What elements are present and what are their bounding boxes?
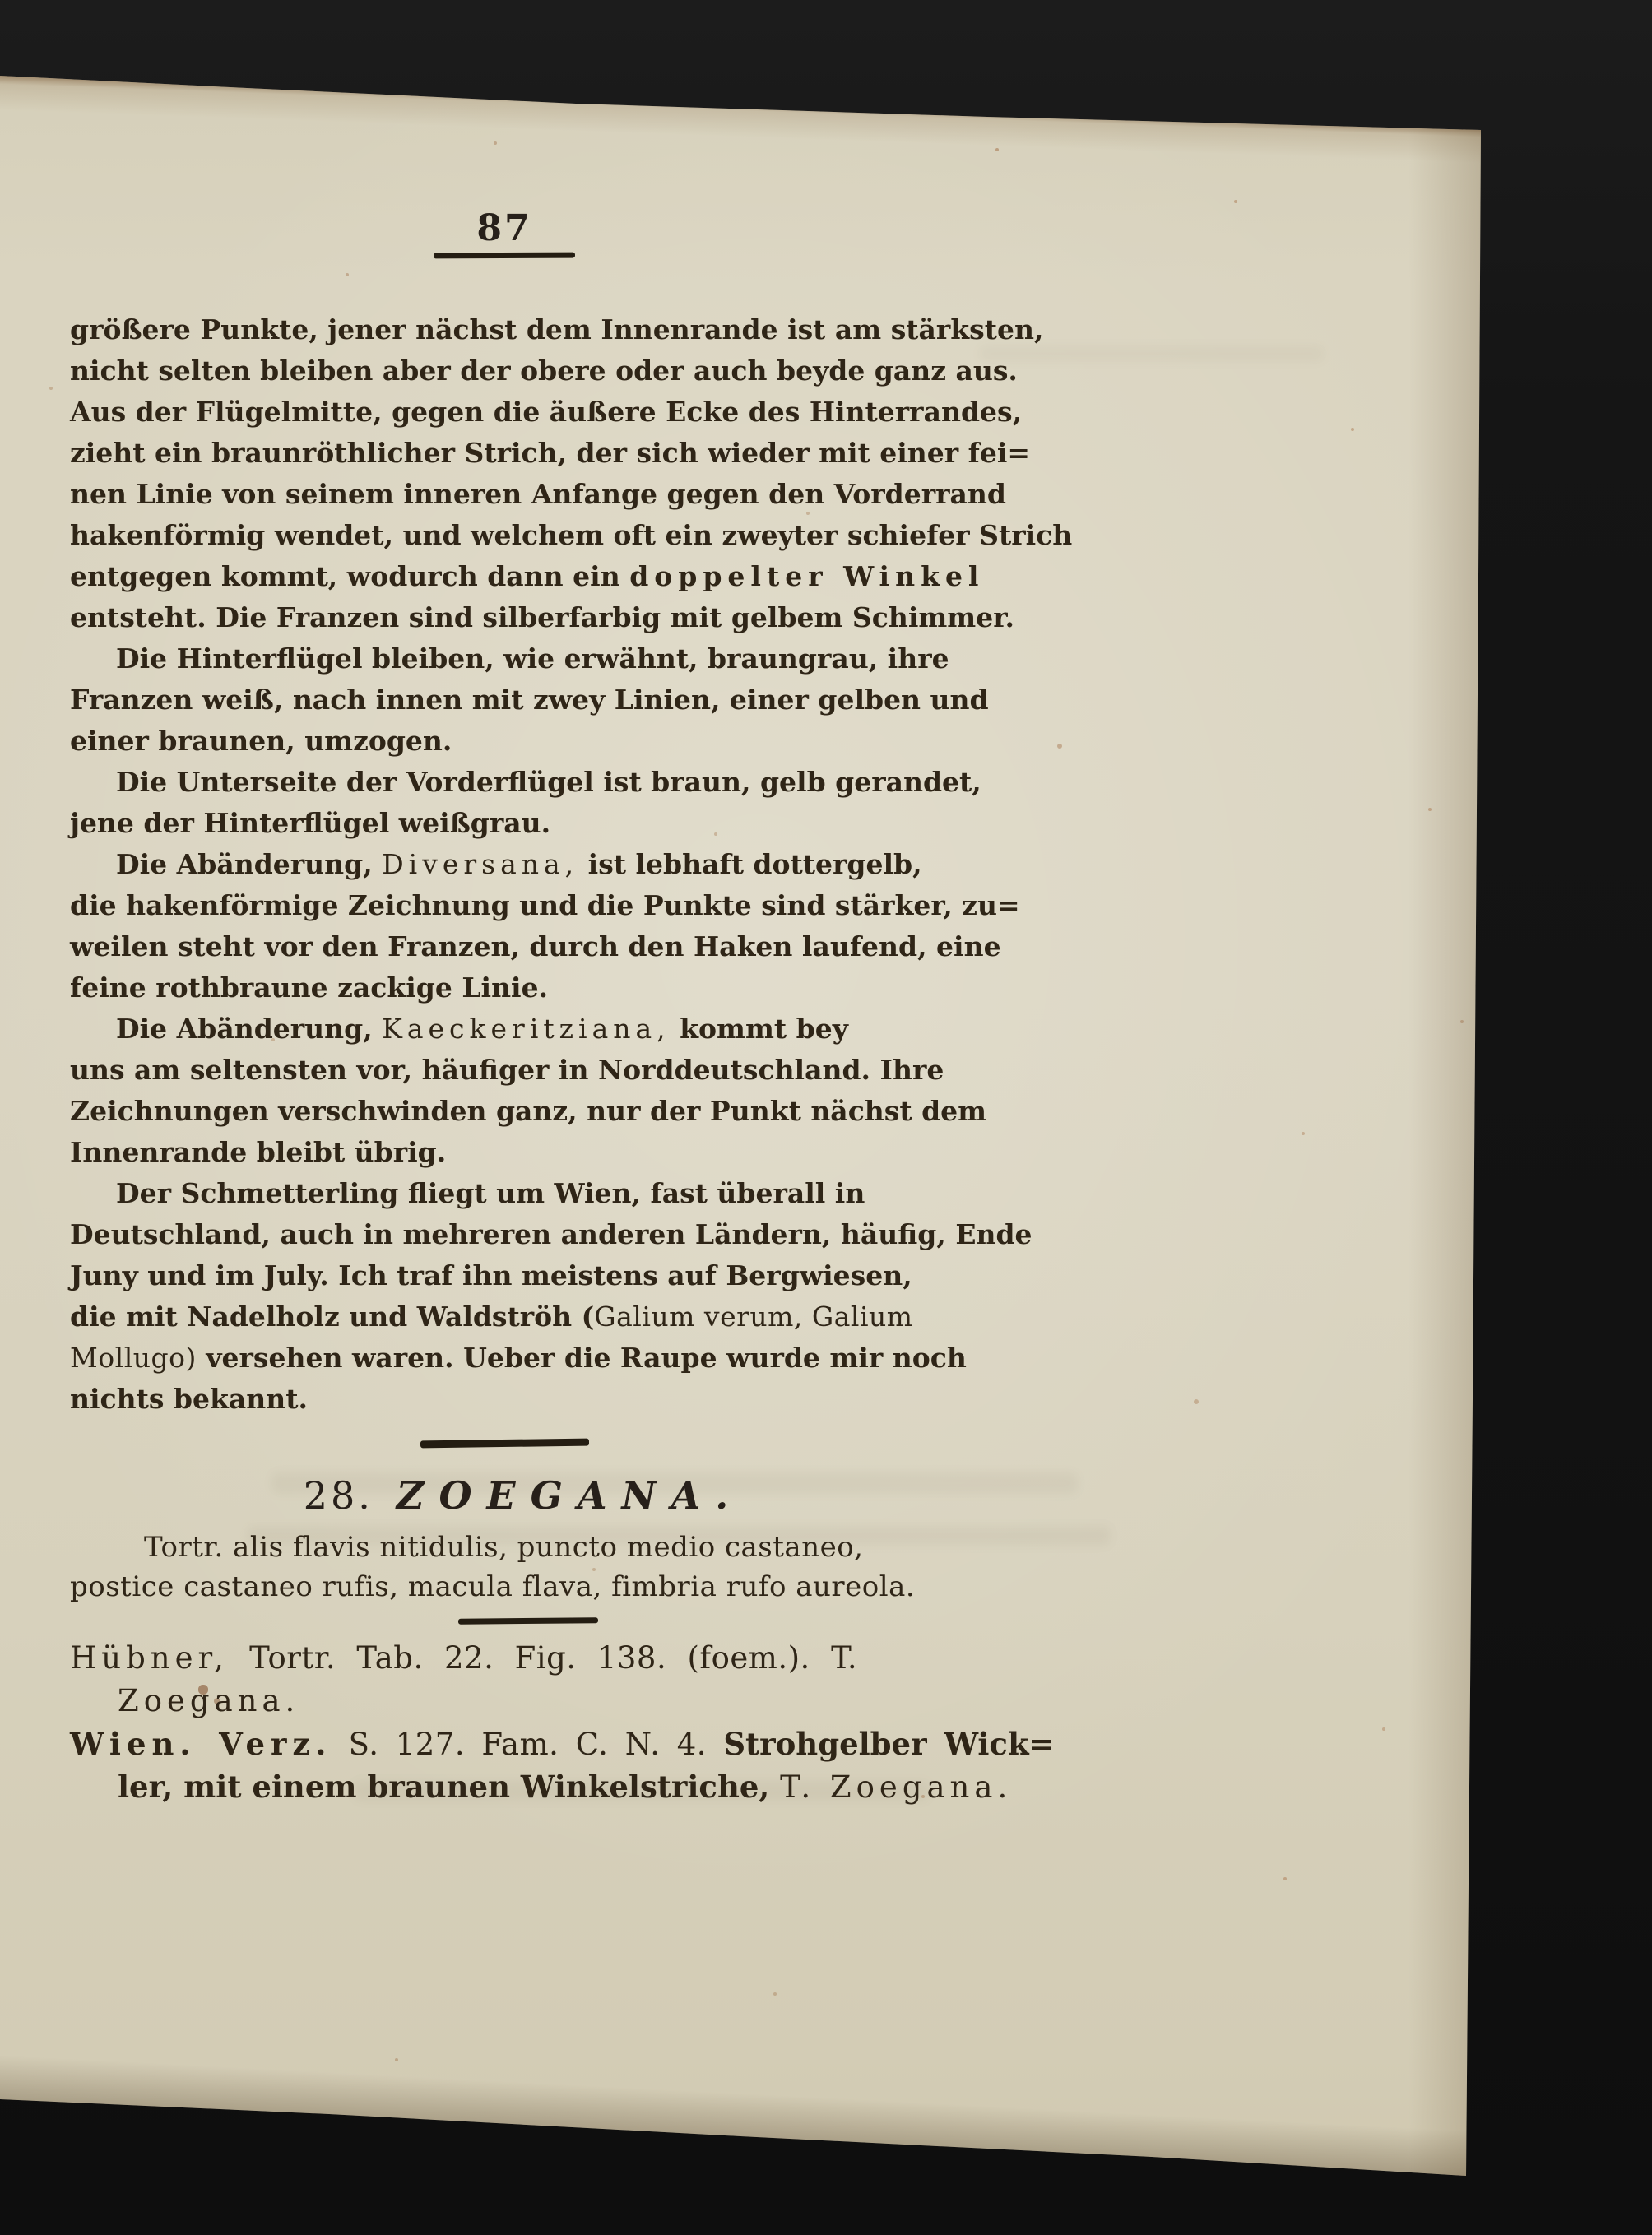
text-segment: Deutschland, auch in mehreren anderen Lä… (70, 1218, 1032, 1250)
text-line: ler, mit einem braunen Winkelstriche, T.… (70, 1765, 939, 1808)
text-line: Juny und im July. Ich traf ihn meistens … (70, 1255, 939, 1296)
text-segment: kommt bey (671, 1013, 848, 1045)
text-line: entgegen kommt, wodurch dann ein doppelt… (70, 556, 939, 597)
text-segment: Die Abänderung, (116, 1013, 382, 1045)
text-line: Die Unterseite der Vorderflügel ist brau… (70, 762, 939, 803)
text-line: Aus der Flügelmitte, gegen die äußere Ec… (70, 392, 939, 433)
text-line: Der Schmetterling fliegt um Wien, fast ü… (70, 1173, 939, 1214)
page-right-edge-shadow (1408, 123, 1483, 2180)
species-heading: 28.ZOEGANA. (70, 1470, 939, 1521)
text-line: nen Linie von seinem inneren Anfange geg… (70, 474, 939, 515)
text-segment: Aus der Flügelmitte, gegen die äußere Ec… (70, 396, 1022, 428)
text-segment: hakenförmig wendet, und welchem oft ein … (70, 519, 1072, 551)
text-line: Hübner, Tortr. Tab. 22. Fig. 138. (foem.… (70, 1637, 939, 1680)
text-segment: postice castaneo rufis, macula flava, fi… (70, 1570, 915, 1603)
text-line: jene der Hinterflügel weißgrau. (70, 803, 939, 844)
text-line: hakenförmig wendet, und welchem oft ein … (70, 515, 939, 556)
references: Hübner, Tortr. Tab. 22. Fig. 138. (foem.… (70, 1637, 939, 1808)
text-segment: Galium verum, Galium (594, 1301, 912, 1333)
text-segment: doppelter Winkel (629, 560, 984, 592)
photo-backdrop: 87 größere Punkte, jener nächst dem Inne… (0, 0, 1652, 2235)
text-segment: nicht selten bleiben aber der obere oder… (70, 355, 1018, 387)
text-line: Mollugo) versehen waren. Ueber die Raupe… (70, 1338, 939, 1379)
text-segment: Die Unterseite der Vorderflügel ist brau… (116, 766, 981, 798)
text-segment: versehen waren. Ueber die Raupe wurde mi… (197, 1342, 967, 1374)
text-segment: jene der Hinterflügel weißgrau. (70, 807, 550, 839)
text-segment: Die Hinterflügel bleiben, wie erwähnt, b… (116, 642, 949, 675)
text-line: nichts bekannt. (70, 1379, 939, 1420)
text-line: weilen steht vor den Franzen, durch den … (70, 926, 939, 967)
text-line: einer braunen, umzogen. (70, 721, 939, 762)
text-segment: weilen steht vor den Franzen, durch den … (70, 930, 1001, 962)
text-segment: Innenrande bleibt übrig. (70, 1136, 446, 1168)
text-segment: Zeichnungen verschwinden ganz, nur der P… (70, 1095, 986, 1127)
text-line: Die Abänderung, Kaeckeritziana, kommt be… (70, 1009, 939, 1050)
text-segment: entgegen kommt, wodurch dann ein (70, 560, 629, 592)
text-line: postice castaneo rufis, macula flava, fi… (70, 1567, 939, 1607)
text-segment: nen Linie von seinem inneren Anfange geg… (70, 478, 1006, 510)
text-segment: Juny und im July. Ich traf ihn meistens … (70, 1259, 912, 1291)
text-segment: Zoegana. (118, 1683, 299, 1718)
text-line: Die Hinterflügel bleiben, wie erwähnt, b… (70, 638, 939, 679)
text-line: Deutschland, auch in mehreren anderen Lä… (70, 1214, 939, 1255)
text-line: Zeichnungen verschwinden ganz, nur der P… (70, 1091, 939, 1132)
text-line: die hakenförmige Zeichnung und die Punkt… (70, 885, 939, 926)
species-name: ZOEGANA. (397, 1473, 743, 1518)
text-line: Zoegana. (70, 1680, 939, 1723)
text-segment: die hakenförmige Zeichnung und die Punkt… (70, 889, 1020, 921)
text-segment: Die Abänderung, (116, 848, 382, 880)
text-segment: Tortr. alis flavis nitidulis, puncto med… (144, 1531, 864, 1564)
text-segment: T. Zoegana. (780, 1769, 1012, 1805)
text-segment: uns am seltensten vor, häufiger in Nordd… (70, 1054, 944, 1086)
text-segment: Der Schmetterling fliegt um Wien, fast ü… (116, 1177, 865, 1209)
text-segment: Wien. Verz. (70, 1726, 332, 1762)
text-segment: Kaeckeritziana, (382, 1013, 671, 1045)
text-segment: einer braunen, umzogen. (70, 725, 452, 757)
text-segment: Tortr. Tab. 22. Fig. 138. (foem.). T. (229, 1640, 857, 1676)
text-segment: ist lebhaft dottergelb, (578, 848, 921, 880)
text-line: Tortr. alis flavis nitidulis, puncto med… (70, 1528, 939, 1567)
text-line: uns am seltensten vor, häufiger in Nordd… (70, 1050, 939, 1091)
text-segment: Franzen weiß, nach innen mit zwey Linien… (70, 684, 989, 716)
page-number-rule (434, 253, 575, 259)
text-segment: zieht ein braunröthlicher Strich, der si… (70, 437, 1030, 469)
text-segment: größere Punkte, jener nächst dem Innenra… (70, 313, 1043, 345)
text-segment: Mollugo) (70, 1342, 197, 1374)
text-line: entsteht. Die Franzen sind silberfarbig … (70, 597, 939, 638)
species-number: 28. (304, 1473, 374, 1518)
text-segment: S. 127. Fam. C. N. 4. (332, 1727, 723, 1762)
text-line: zieht ein braunröthlicher Strich, der si… (70, 433, 939, 474)
book-page: 87 größere Punkte, jener nächst dem Inne… (0, 0, 1652, 2235)
text-line: Die Abänderung, Diversana, ist lebhaft d… (70, 844, 939, 885)
text-line: nicht selten bleiben aber der obere oder… (70, 350, 939, 392)
text-segment: nichts bekannt. (70, 1383, 308, 1415)
text-segment: entsteht. Die Franzen sind silberfarbig … (70, 601, 1014, 633)
text-segment: Hübner, (70, 1640, 229, 1676)
bleed-through (979, 345, 1325, 362)
latin-diagnosis: Tortr. alis flavis nitidulis, puncto med… (70, 1528, 939, 1607)
text-segment: Diversana, (382, 848, 578, 880)
diagnosis-separator-rule (458, 1617, 598, 1624)
text-line: Franzen weiß, nach innen mit zwey Linien… (70, 679, 939, 721)
text-line: die mit Nadelholz und Waldströh (Galium … (70, 1296, 939, 1338)
text-segment: Strohgelber Wick= (723, 1726, 1054, 1762)
text-segment: feine rothbraune zackige Linie. (70, 971, 548, 1004)
page-number: 87 (70, 207, 939, 250)
text-segment: ler, mit einem braunen Winkelstriche, (118, 1769, 780, 1805)
page-bottom-edge-shadow (0, 2055, 1474, 2179)
section-separator-rule (420, 1439, 588, 1449)
page-top-edge-shadow (0, 74, 1492, 164)
text-line: Innenrande bleibt übrig. (70, 1132, 939, 1173)
paper-specks (0, 0, 3, 3)
text-line: größere Punkte, jener nächst dem Innenra… (70, 309, 939, 350)
text-column: 87 größere Punkte, jener nächst dem Inne… (70, 207, 939, 1808)
body-text: größere Punkte, jener nächst dem Innenra… (70, 309, 939, 1420)
text-line: Wien. Verz. S. 127. Fam. C. N. 4. Strohg… (70, 1723, 939, 1765)
text-line: feine rothbraune zackige Linie. (70, 967, 939, 1009)
text-segment: die mit Nadelholz und Waldströh ( (70, 1301, 594, 1333)
